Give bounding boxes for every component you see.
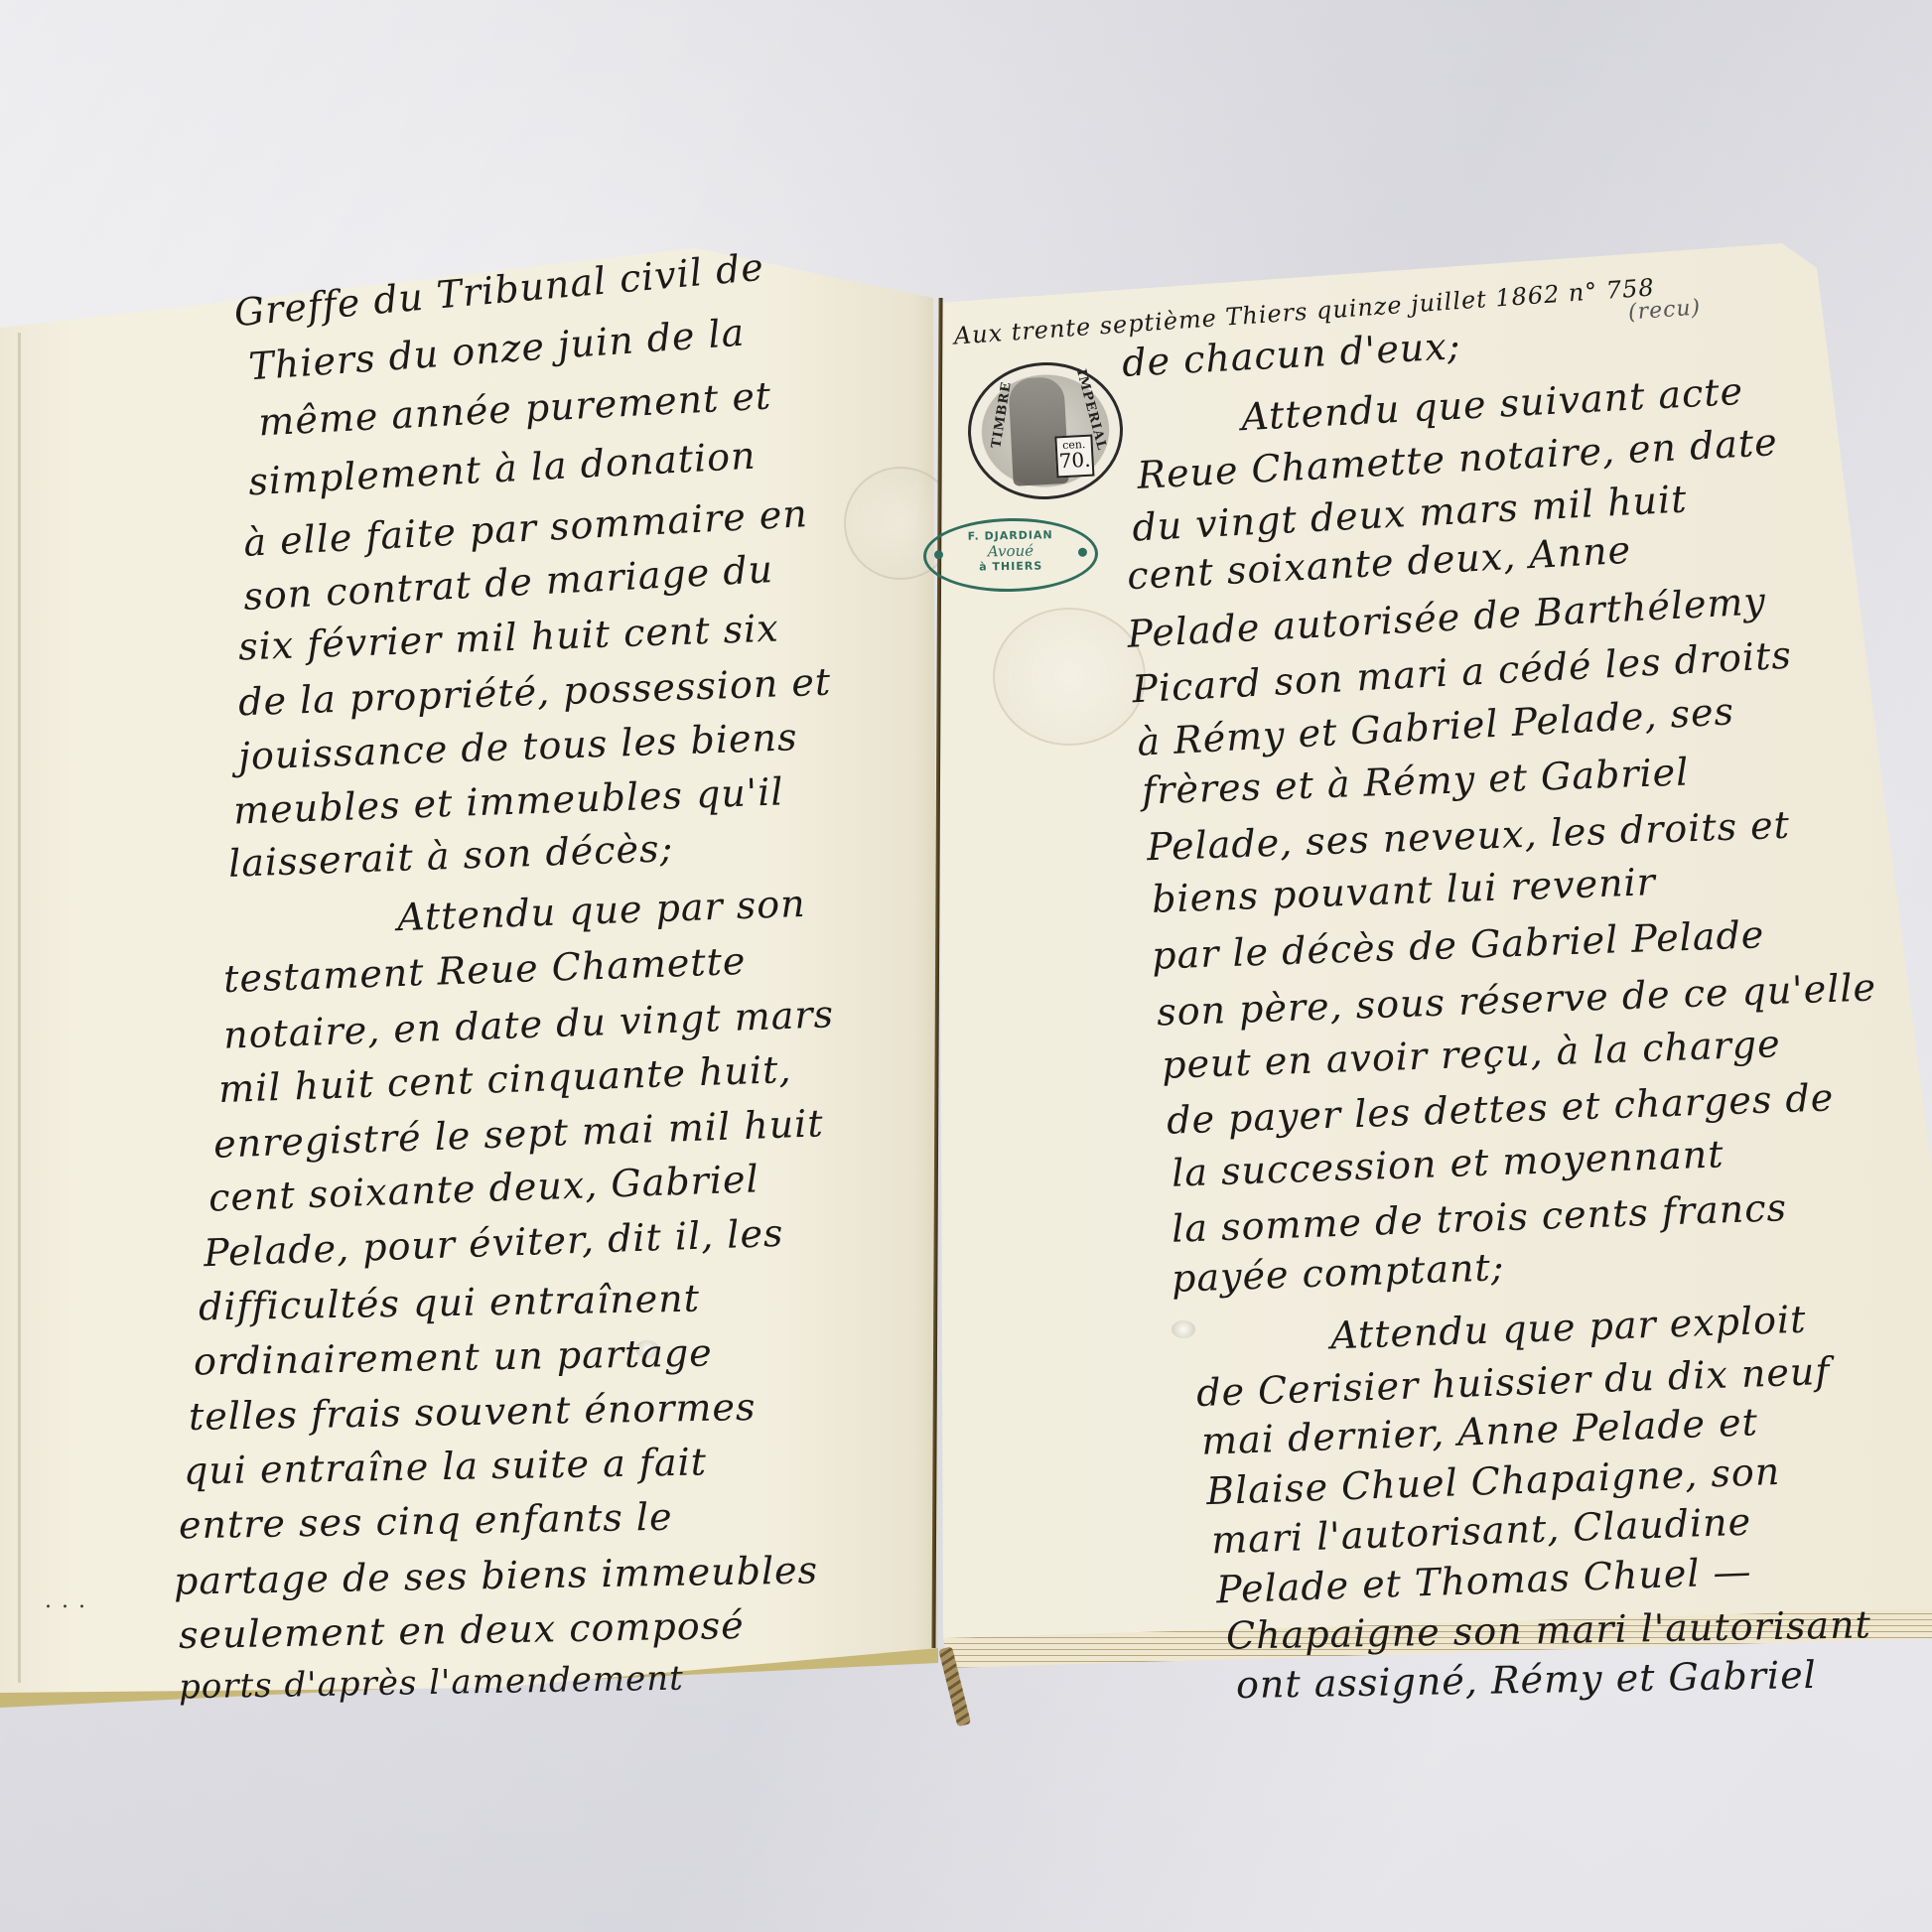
embossed-seal-right: [993, 608, 1146, 746]
margin-mark: ...: [45, 1588, 95, 1613]
avoue-place: à THIERS: [926, 559, 1095, 575]
handwritten-line: difficultés qui entraînent: [199, 1277, 701, 1329]
tax-stamp-value-box: cen. 70.: [1054, 435, 1094, 479]
tax-stamp-value: 70.: [1057, 450, 1092, 472]
photo-scene: Greffe du Tribunal civil de Thiers du on…: [0, 0, 1932, 1932]
handwritten-line: ordinairement un partage: [194, 1330, 713, 1383]
leaf-fold: [18, 333, 21, 1683]
stamp-dot-icon: [1078, 548, 1087, 557]
handwritten-line: entre ses cinq enfants le: [179, 1495, 673, 1548]
pin-hole: [1172, 1320, 1195, 1338]
handwritten-line: qui entraîne la suite a fait: [184, 1440, 708, 1492]
registration-note-2: (recu): [1627, 295, 1702, 325]
